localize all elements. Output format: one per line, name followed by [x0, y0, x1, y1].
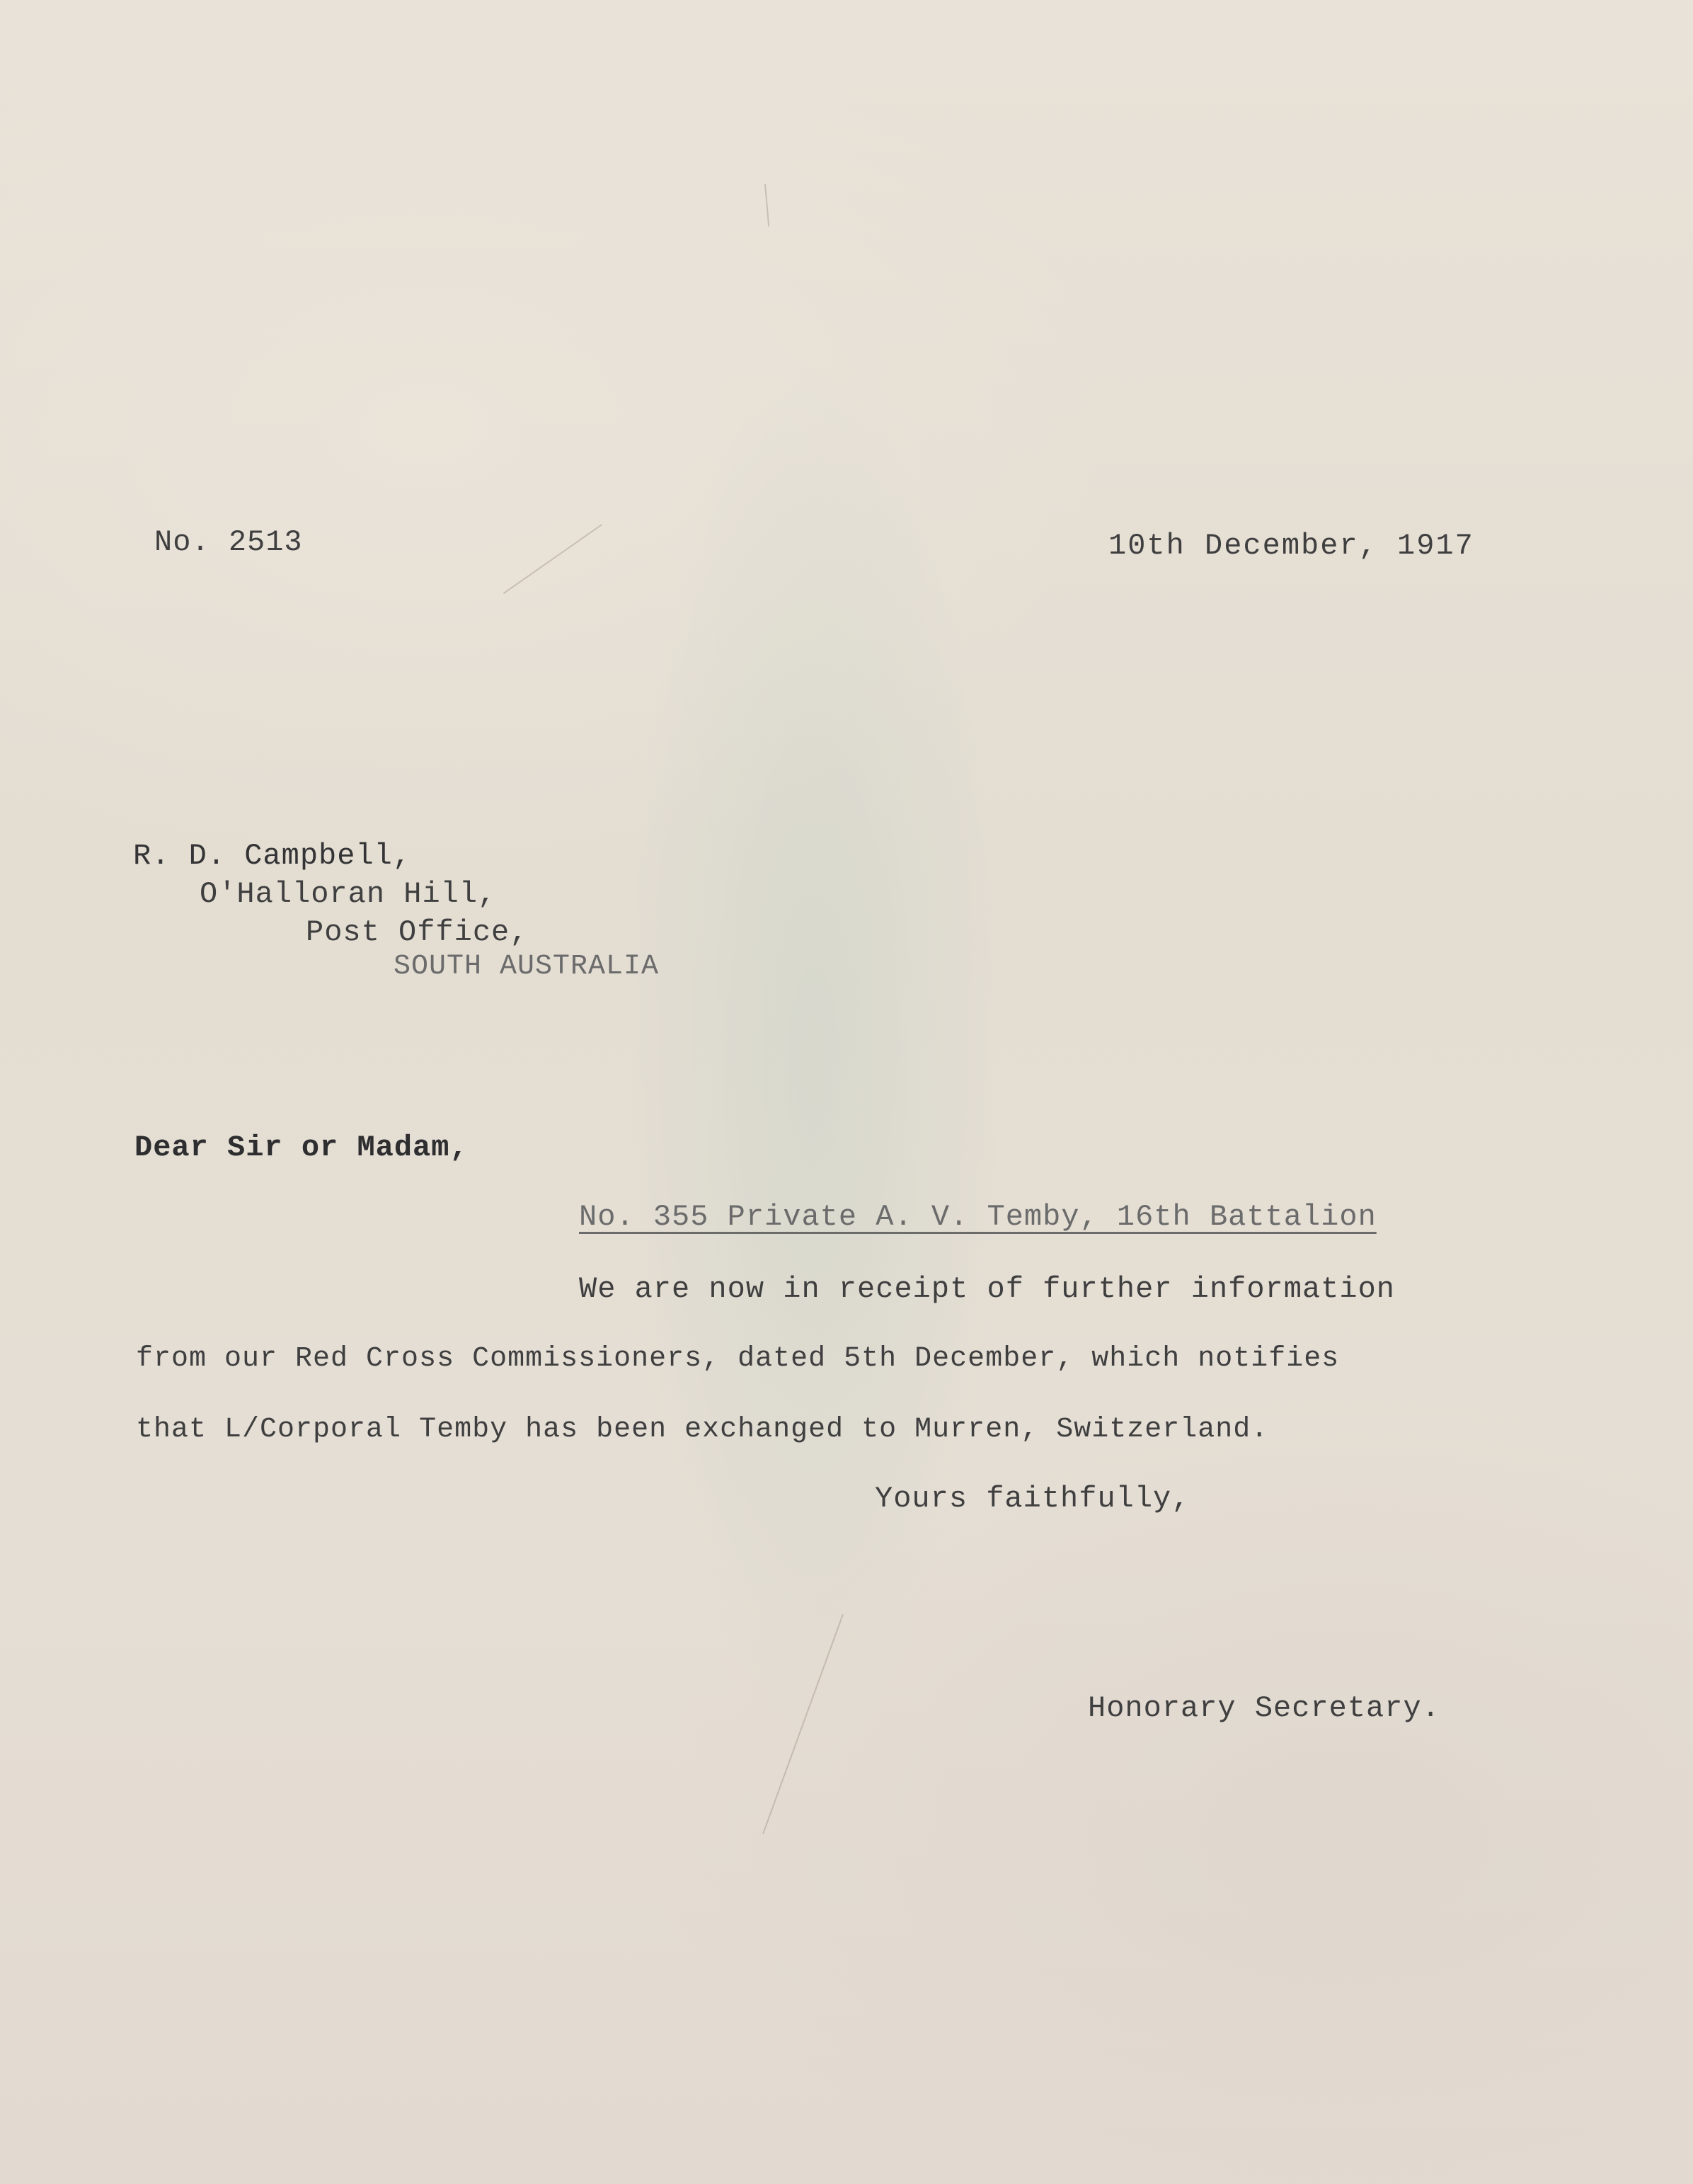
body-line-1: We are now in receipt of further informa… — [579, 1274, 1395, 1304]
letter-subject: No. 355 Private A. V. Temby, 16th Battal… — [579, 1202, 1377, 1232]
paper-crease-mark — [764, 184, 769, 227]
addressee-line-2: Post Office, — [306, 917, 528, 947]
body-line-3: that L/Corporal Temby has been exchanged… — [136, 1416, 1268, 1444]
letter-page: No. 2513 10th December, 1917 R. D. Campb… — [0, 0, 1693, 2184]
signature-title: Honorary Secretary. — [1088, 1693, 1440, 1723]
paper-crease-mark — [503, 524, 602, 594]
addressee-line-3: SOUTH AUSTRALIA — [394, 953, 659, 981]
addressee-name: R. D. Campbell, — [133, 841, 411, 871]
body-line-2: from our Red Cross Commissioners, dated … — [136, 1345, 1339, 1373]
paper-crease-mark — [762, 1614, 844, 1834]
addressee-line-1: O'Halloran Hill, — [200, 879, 496, 909]
reference-number: No. 2513 — [154, 527, 303, 557]
letter-date: 10th December, 1917 — [1108, 531, 1474, 561]
salutation: Dear Sir or Madam, — [134, 1133, 469, 1162]
closing: Yours faithfully, — [875, 1484, 1190, 1514]
